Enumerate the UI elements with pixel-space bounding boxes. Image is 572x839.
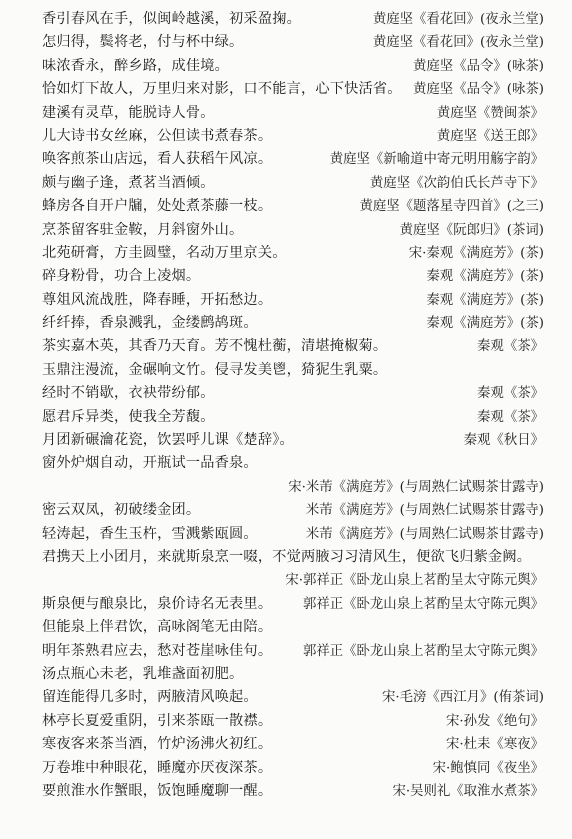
verse-text: 明年茶熟君应去，愁对苍崖咏佳句。 <box>42 640 272 663</box>
poem-line: 寒夜客来茶当酒，竹炉汤沸火初红。宋·杜耒《寒夜》 <box>42 733 544 756</box>
verse-text: 留连能得几多时，两腋清风唤起。 <box>42 686 258 709</box>
poem-line: 窗外炉烟自动，开瓶试一品香泉。 <box>42 452 544 475</box>
verse-text: 味浓香永，醉乡路，成佳境。 <box>42 55 229 78</box>
verse-source: 米芾《满庭芳》(与周熟仁试赐茶甘露寺) <box>306 523 544 546</box>
poem-line: 林亭长夏爱重阴，引来茶瓯一散襟。宋·孙发《绝句》 <box>42 710 544 733</box>
poem-line: 纤纤捧，香泉溅乳，金缕鹧鸪斑。秦观《满庭芳》(茶) <box>42 312 544 335</box>
poem-line: 烹茶留客驻金鞍，月斜窗外山。黄庭坚《阮郎归》(茶词) <box>42 219 544 242</box>
poem-line: 留连能得几多时，两腋清风唤起。宋·毛滂《西江月》(侑茶词) <box>42 686 544 709</box>
document-page: 香引春风在手，似闽岭越溪，初采盈掬。黄庭坚《看花回》(夜永兰堂) 怎归得，鬓将老… <box>0 0 572 839</box>
verse-source: 宋·郭祥正《卧龙山泉上茗酌呈太守陈元舆》 <box>285 569 544 592</box>
verse-source: 秦观《满庭芳》(茶) <box>426 289 544 312</box>
verse-text: 斯泉便与酿泉比，泉价诗名无表里。 <box>42 593 272 616</box>
verse-source: 宋·鲍慎同《夜坐》 <box>433 757 544 780</box>
verse-text: 汤点瓶心未老，乳堆盏面初肥。 <box>42 663 243 686</box>
verse-source: 秦观《秋日》 <box>464 429 544 452</box>
verse-source: 郭祥正《卧龙山泉上茗酌呈太守陈元舆》 <box>303 640 544 663</box>
verse-source: 秦观《满庭芳》(茶) <box>426 312 544 335</box>
verse-text: 但能泉上伴君饮，高咏阁笔无由陪。 <box>42 616 272 639</box>
verse-text: 玉鼎注漫流，金碾响文竹。侵寻发美鬯，猗狔生乳粟。 <box>42 359 387 382</box>
verse-source: 黄庭坚《品令》(咏茶) <box>413 78 544 101</box>
verse-text: 密云双凤，初破缕金团。 <box>42 499 200 522</box>
verse-source: 宋·秦观《满庭芳》(茶) <box>409 242 544 265</box>
poem-line: 碎身粉骨，功合上凌烟。秦观《满庭芳》(茶) <box>42 265 544 288</box>
poem-line: 怎归得，鬓将老，付与杯中绿。黄庭坚《看花回》(夜永兰堂) <box>42 31 544 54</box>
poem-line: 颇与幽子逢，煮茗当酒倾。黄庭坚《次韵伯氏长芦寺下》 <box>42 172 544 195</box>
verse-text: 北苑研膏，方圭圆璧，名动万里京关。 <box>42 242 287 265</box>
verse-text: 唤客煎茶山店远，看人获稻午风凉。 <box>42 148 272 171</box>
verse-text: 君携天上小团月，来就斯泉烹一啜，不觉两腋习习清风生，便欲飞归紫金阙。 <box>42 546 531 569</box>
verse-text: 恰如灯下故人，万里归来对影，口不能言，心下快活省。 <box>42 78 402 101</box>
verse-source: 黄庭坚《赞闽茶》 <box>437 102 544 125</box>
verse-text: 愿君斥异类，使我全芳馥。 <box>42 406 215 429</box>
verse-text: 经时不销歇，衣袂带纷郁。 <box>42 382 215 405</box>
poem-line: 茶实嘉木英，其香乃天育。芳不愧杜蘅，清堪掩椒菊。秦观《茶》 <box>42 335 544 358</box>
verse-source: 黄庭坚《看花回》(夜永兰堂) <box>373 8 544 31</box>
poem-line: 汤点瓶心未老，乳堆盏面初肥。 <box>42 663 544 686</box>
verse-text: 尊俎风流战胜，降春睡，开拓愁边。 <box>42 289 272 312</box>
verse-source: 秦观《满庭芳》(茶) <box>426 265 544 288</box>
poem-line: 宋·郭祥正《卧龙山泉上茗酌呈太守陈元舆》 <box>42 569 544 592</box>
poem-line: 月团新碾瀹花瓷，饮罢呼儿课《楚辞》。秦观《秋日》 <box>42 429 544 452</box>
verse-source: 宋·杜耒《寒夜》 <box>446 733 544 756</box>
verse-source: 宋·吴则礼《取淮水煮茶》 <box>392 780 544 803</box>
verse-text: 纤纤捧，香泉溅乳，金缕鹧鸪斑。 <box>42 312 258 335</box>
verse-text: 蜂房各自开户牖，处处煮茶藤一枝。 <box>42 195 272 218</box>
verse-source: 黄庭坚《次韵伯氏长芦寺下》 <box>370 172 544 195</box>
verse-source: 米芾《满庭芳》(与周熟仁试赐茶甘露寺) <box>306 499 544 522</box>
poem-line: 蜂房各自开户牖，处处煮茶藤一枝。黄庭坚《题落星寺四首》(之三) <box>42 195 544 218</box>
verse-source: 宋·毛滂《西江月》(侑茶词) <box>382 686 544 709</box>
verse-text: 寒夜客来茶当酒，竹炉汤沸火初红。 <box>42 733 272 756</box>
verse-text: 怎归得，鬓将老，付与杯中绿。 <box>42 31 243 54</box>
poem-line: 宋·米芾《满庭芳》(与周熟仁试赐茶甘露寺) <box>42 476 544 499</box>
poem-line: 香引春风在手，似闽岭越溪，初采盈掬。黄庭坚《看花回》(夜永兰堂) <box>42 8 544 31</box>
poem-line: 要煎淮水作蟹眼，饭饱睡魔聊一醒。宋·吴则礼《取淮水煮茶》 <box>42 780 544 803</box>
verse-source: 秦观《茶》 <box>477 406 544 429</box>
verse-source: 黄庭坚《新喻道中寄元明用觞字韵》 <box>330 148 544 171</box>
verse-text: 轻涛起，香生玉杵，雪溅紫瓯圆。 <box>42 523 258 546</box>
poem-line: 儿大诗书女丝麻，公但读书煮春茶。黄庭坚《送王郎》 <box>42 125 544 148</box>
verse-text: 香引春风在手，似闽岭越溪，初采盈掬。 <box>42 8 301 31</box>
verse-text: 碎身粉骨，功合上凌烟。 <box>42 265 200 288</box>
poem-line: 北苑研膏，方圭圆璧，名动万里京关。宋·秦观《满庭芳》(茶) <box>42 242 544 265</box>
poem-line: 经时不销歇，衣袂带纷郁。秦观《茶》 <box>42 382 544 405</box>
poem-line: 万卷堆中种眼花，睡魔亦厌夜深茶。宋·鲍慎同《夜坐》 <box>42 757 544 780</box>
poem-line: 轻涛起，香生玉杵，雪溅紫瓯圆。米芾《满庭芳》(与周熟仁试赐茶甘露寺) <box>42 523 544 546</box>
verse-source: 黄庭坚《阮郎归》(茶词) <box>400 219 544 242</box>
poem-line: 味浓香永，醉乡路，成佳境。黄庭坚《品令》(咏茶) <box>42 55 544 78</box>
verse-source: 黄庭坚《看花回》(夜永兰堂) <box>373 31 544 54</box>
poem-line: 愿君斥异类，使我全芳馥。秦观《茶》 <box>42 406 544 429</box>
verse-source: 郭祥正《卧龙山泉上茗酌呈太守陈元舆》 <box>303 593 544 616</box>
verse-text: 烹茶留客驻金鞍，月斜窗外山。 <box>42 219 243 242</box>
verse-source: 黄庭坚《品令》(咏茶) <box>413 55 544 78</box>
verse-text: 建溪有灵草，能脱诗人骨。 <box>42 102 215 125</box>
poem-line: 君携天上小团月，来就斯泉烹一啜，不觉两腋习习清风生，便欲飞归紫金阙。 <box>42 546 544 569</box>
poem-line: 建溪有灵草，能脱诗人骨。黄庭坚《赞闽茶》 <box>42 102 544 125</box>
verse-text: 窗外炉烟自动，开瓶试一品香泉。 <box>42 452 258 475</box>
verse-text: 儿大诗书女丝麻，公但读书煮春茶。 <box>42 125 272 148</box>
poem-line: 斯泉便与酿泉比，泉价诗名无表里。郭祥正《卧龙山泉上茗酌呈太守陈元舆》 <box>42 593 544 616</box>
verse-text: 颇与幽子逢，煮茗当酒倾。 <box>42 172 215 195</box>
poem-line: 密云双凤，初破缕金团。米芾《满庭芳》(与周熟仁试赐茶甘露寺) <box>42 499 544 522</box>
poem-line: 恰如灯下故人，万里归来对影，口不能言，心下快活省。黄庭坚《品令》(咏茶) <box>42 78 544 101</box>
verse-source: 黄庭坚《送王郎》 <box>437 125 544 148</box>
verse-text: 要煎淮水作蟹眼，饭饱睡魔聊一醒。 <box>42 780 272 803</box>
verse-source: 秦观《茶》 <box>477 335 544 358</box>
poem-line: 玉鼎注漫流，金碾响文竹。侵寻发美鬯，猗狔生乳粟。 <box>42 359 544 382</box>
poem-line: 但能泉上伴君饮，高咏阁笔无由陪。 <box>42 616 544 639</box>
verse-text: 万卷堆中种眼花，睡魔亦厌夜深茶。 <box>42 757 272 780</box>
verse-source: 黄庭坚《题落星寺四首》(之三) <box>359 195 544 218</box>
verse-text: 林亭长夏爱重阴，引来茶瓯一散襟。 <box>42 710 272 733</box>
verse-text: 月团新碾瀹花瓷，饮罢呼儿课《楚辞》。 <box>42 429 294 452</box>
verse-source: 宋·孙发《绝句》 <box>446 710 544 733</box>
poem-line: 尊俎风流战胜，降春睡，开拓愁边。秦观《满庭芳》(茶) <box>42 289 544 312</box>
verse-source: 秦观《茶》 <box>477 382 544 405</box>
poem-line: 唤客煎茶山店远，看人获稻午风凉。黄庭坚《新喻道中寄元明用觞字韵》 <box>42 148 544 171</box>
verse-source: 宋·米芾《满庭芳》(与周熟仁试赐茶甘露寺) <box>288 476 544 499</box>
verse-text: 茶实嘉木英，其香乃天育。芳不愧杜蘅，清堪掩椒菊。 <box>42 335 387 358</box>
poem-line: 明年茶熟君应去，愁对苍崖咏佳句。郭祥正《卧龙山泉上茗酌呈太守陈元舆》 <box>42 640 544 663</box>
